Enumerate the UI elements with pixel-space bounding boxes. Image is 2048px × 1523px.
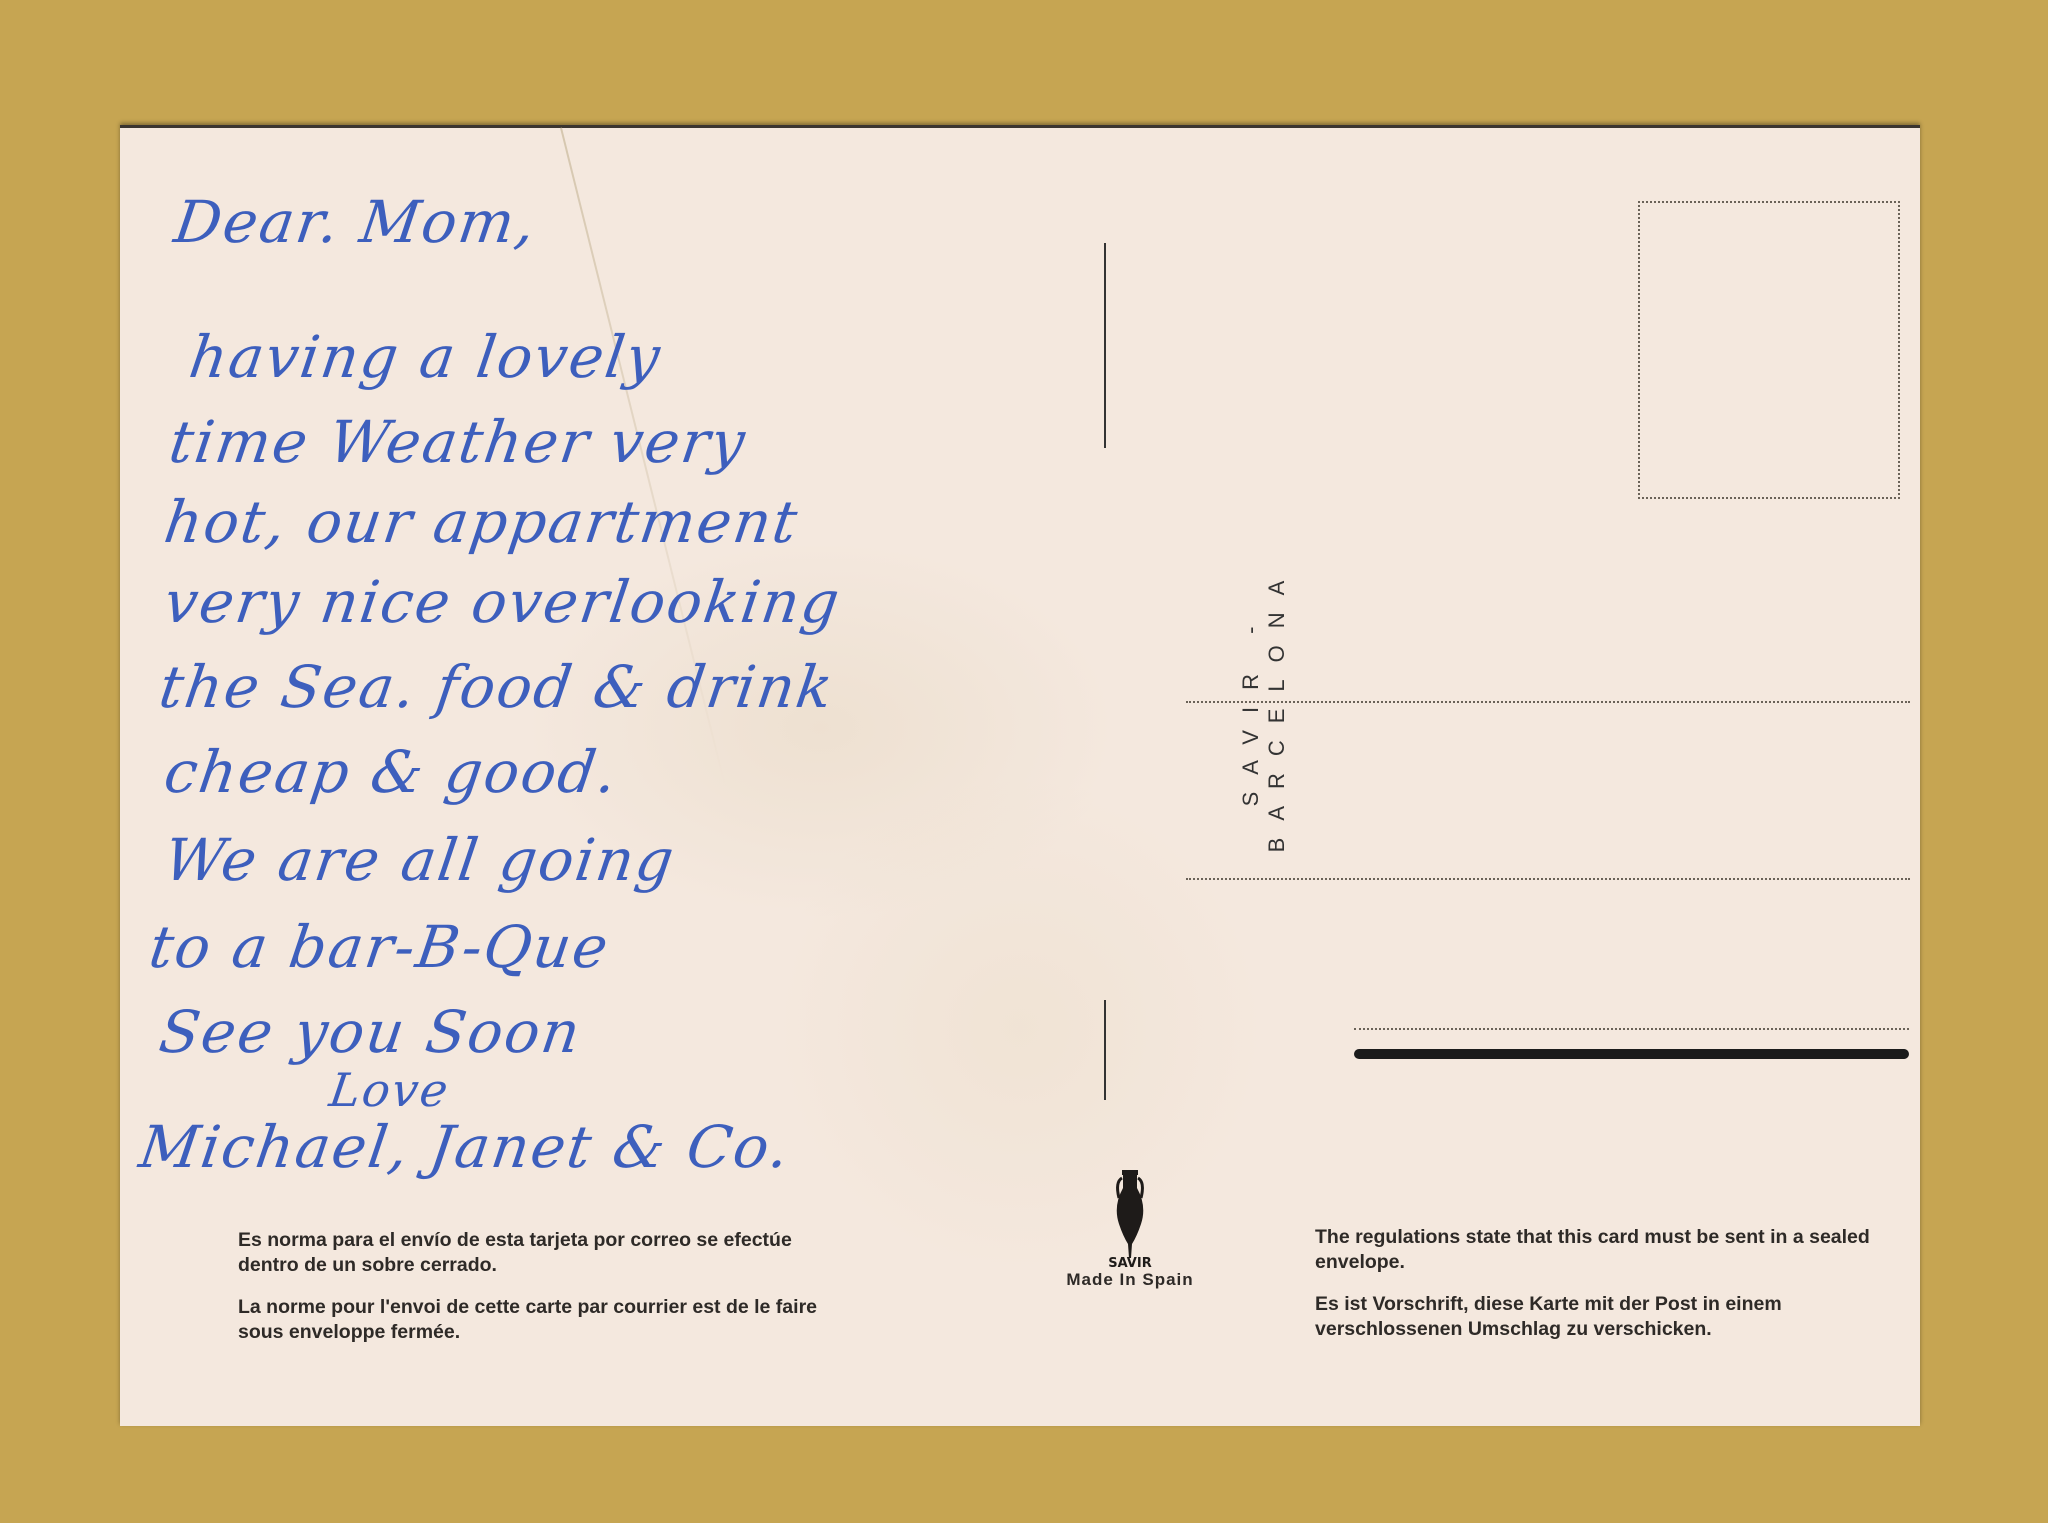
savir-logo: SAVIR Made In Spain [1045, 1168, 1215, 1290]
notice-spanish: Es norma para el envío de esta tarjeta p… [238, 1228, 838, 1278]
message-line: See you Soon [155, 998, 586, 1066]
greeting: Dear. Mom, [170, 188, 541, 256]
publisher-vertical-text: SAVIR - BARCELONA [1238, 518, 1278, 898]
notice-french: La norme pour l'envoi de cette carte par… [238, 1295, 838, 1345]
closing: Love [326, 1063, 453, 1117]
postcard: Dear. Mom, having a lovely time Weather … [120, 125, 1920, 1426]
message-line: cheap & good. [160, 738, 622, 806]
message-line: the Sea. food & drink [155, 653, 838, 721]
divider-bottom [1104, 1000, 1106, 1100]
address-line-2 [1186, 878, 1910, 880]
message-line: having a lovely [185, 323, 666, 391]
divider-top [1104, 243, 1106, 448]
notice-english: The regulations state that this card mus… [1315, 1225, 1920, 1275]
stamp-box [1638, 201, 1900, 499]
made-in-spain: Made In Spain [1045, 1270, 1215, 1290]
address-line-3 [1354, 1028, 1909, 1030]
notice-german: Es ist Vorschrift, diese Karte mit der P… [1315, 1292, 1920, 1342]
message-line: very nice overlooking [160, 568, 845, 636]
address-line-1 [1186, 701, 1910, 703]
signature: Michael, Janet & Co. [135, 1113, 795, 1181]
message-line: time Weather very [165, 408, 751, 476]
amphora-icon: SAVIR [1095, 1168, 1165, 1268]
message-line: hot, our appartment [160, 488, 803, 556]
logo-text: SAVIR [1108, 1256, 1151, 1268]
message-line: to a bar-B-Que [145, 913, 614, 981]
notice-left: Es norma para el envío de esta tarjeta p… [238, 1228, 838, 1362]
address-bar [1354, 1049, 1909, 1059]
notice-right: The regulations state that this card mus… [1315, 1225, 1920, 1359]
message-line: We are all going [160, 826, 679, 894]
